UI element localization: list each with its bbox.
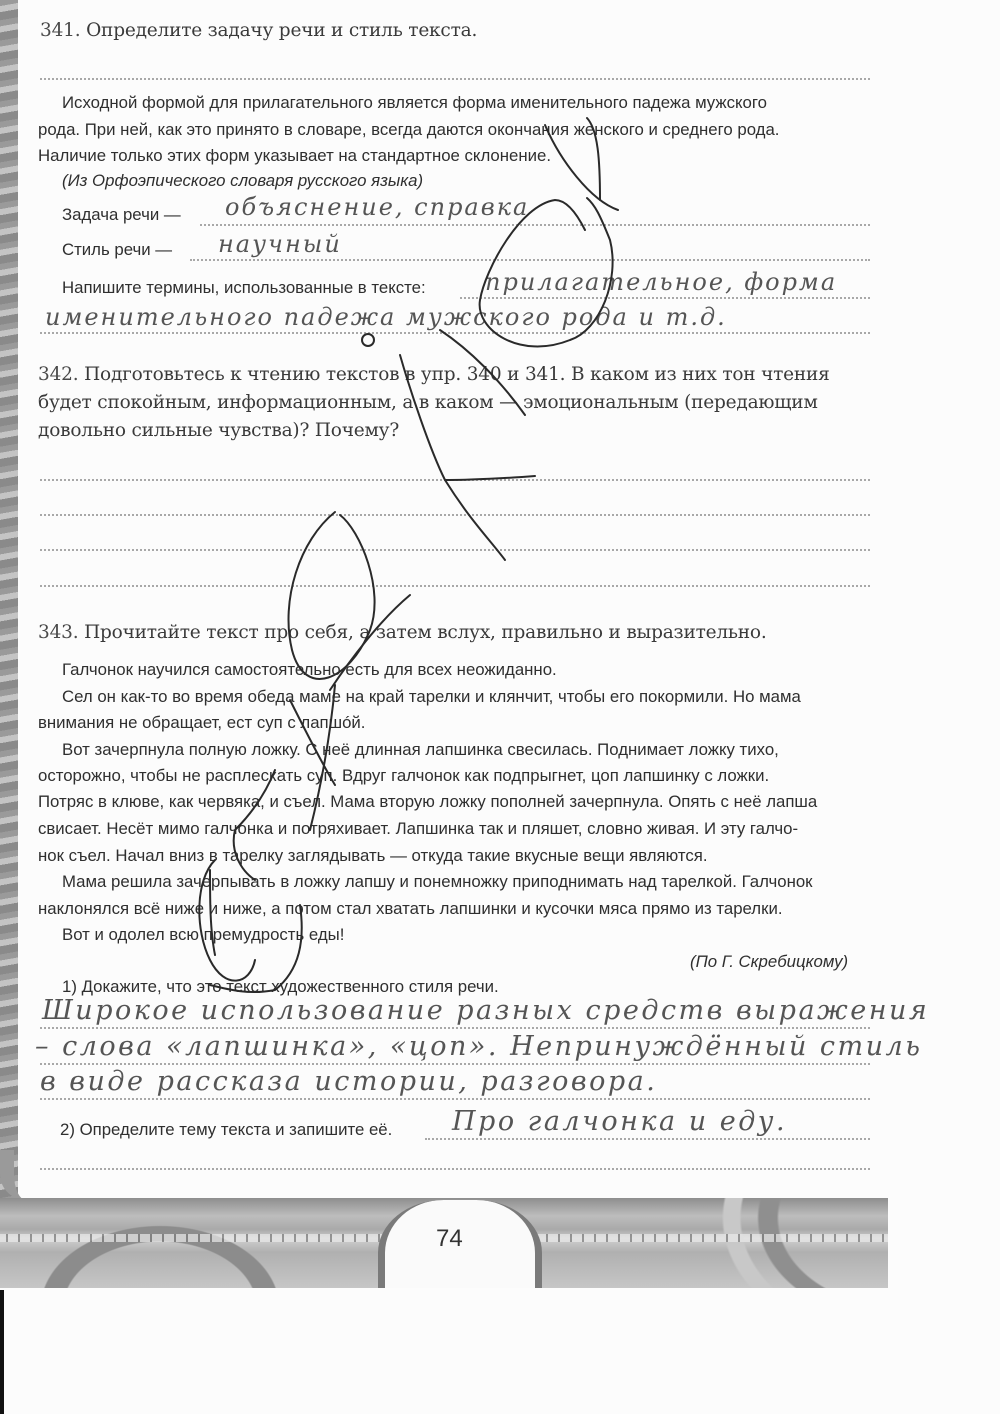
paragraph-line: рода. При ней, как это принято в словаре… xyxy=(38,120,779,140)
task-prompt-line: будет спокойным, информационным, а в как… xyxy=(38,392,818,413)
answer-line[interactable] xyxy=(40,1098,870,1100)
page-number: 74 xyxy=(436,1225,463,1253)
terms-answer-line2: именительного падежа мужского рода и т.д… xyxy=(45,303,727,331)
story-line: осторожно, чтобы не расплескать суп. Вдр… xyxy=(38,766,769,786)
source-citation: (Из Орфоэпического словаря русского язык… xyxy=(62,171,423,191)
story-line: Сел он как-то во время обеда маме на кра… xyxy=(62,687,801,707)
story-line: нок съел. Начал вниз в тарелку заглядыва… xyxy=(38,846,708,866)
answer-line[interactable] xyxy=(40,78,870,80)
speech-style-field[interactable] xyxy=(190,259,870,261)
source-citation: (По Г. Скребицкому) xyxy=(690,952,848,972)
task-342-heading: 342. Подготовьтесь к чтению текстов в уп… xyxy=(38,364,830,385)
question-2: 2) Определите тему текста и запишите её. xyxy=(60,1120,392,1140)
answer-1-line: Широкое использование разных средств выр… xyxy=(42,995,929,1026)
task-prompt-line: довольно сильные чувства)? Почему? xyxy=(38,420,399,441)
task-prompt: Прочитайте текст про себя, а затем вслух… xyxy=(84,622,766,643)
answer-line[interactable] xyxy=(40,585,870,587)
terms-field[interactable] xyxy=(460,297,870,299)
story-line: Галчонок научился самостоятельно есть дл… xyxy=(62,660,557,680)
answer-line[interactable] xyxy=(40,1063,870,1065)
speech-style-answer: научный xyxy=(218,230,342,258)
terms-field-line2[interactable] xyxy=(40,332,870,334)
page-binding-edge xyxy=(0,0,18,1200)
terms-answer-line1: прилагательное, форма xyxy=(485,268,837,296)
answer-line[interactable] xyxy=(425,1138,870,1140)
story-line: Вот зачерпнула полную ложку. С неё длинн… xyxy=(62,740,779,760)
answer-line[interactable] xyxy=(40,479,870,481)
speech-style-label: Стиль речи — xyxy=(62,240,172,260)
paragraph-line: Наличие только этих форм указывает на ст… xyxy=(38,146,551,166)
answer-1-line: – слова «лапшинка», «цоп». Непринуждённы… xyxy=(35,1031,922,1062)
task-prompt: Определите задачу речи и стиль текста. xyxy=(86,20,477,41)
story-line: Потряс в клюве, как червяка, и съел. Мам… xyxy=(38,792,817,812)
terms-label: Напишите термины, использованные в текст… xyxy=(62,278,426,298)
story-line: внимания не обращает, ест суп с лапшóй. xyxy=(38,713,365,733)
task-343-heading: 343. Прочитайте текст про себя, а затем … xyxy=(38,622,767,643)
speech-task-label: Задача речи — xyxy=(62,205,181,225)
paragraph-line: Исходной формой для прилагательного явля… xyxy=(62,93,767,113)
speech-task-answer: объяснение, справка xyxy=(225,193,529,221)
story-line: Мама решила зачерпывать в ложку лапшу и … xyxy=(62,872,813,892)
task-number: 343. xyxy=(38,622,78,643)
answer-line[interactable] xyxy=(40,1168,870,1170)
answer-line[interactable] xyxy=(40,549,870,551)
task-number: 342. xyxy=(38,364,78,385)
question-1: 1) Докажите, что это текст художественно… xyxy=(62,977,499,997)
scan-edge xyxy=(0,1290,4,1414)
story-line: Вот и одолел всю премудрость еды! xyxy=(62,925,344,945)
task-prompt: Подготовьтесь к чтению текстов в упр. 34… xyxy=(84,364,830,385)
task-341-heading: 341. Определите задачу речи и стиль текс… xyxy=(40,20,477,41)
answer-1-line: в виде рассказа истории, разговора. xyxy=(40,1066,657,1097)
speech-task-field[interactable] xyxy=(200,224,870,226)
task-number: 341. xyxy=(40,20,80,41)
story-line: наклонялся всё ниже и ниже, а потом стал… xyxy=(38,899,782,919)
answer-line[interactable] xyxy=(40,514,870,516)
answer-line[interactable] xyxy=(40,1027,870,1029)
story-line: свисает. Несёт мимо галчонка и потряхива… xyxy=(38,819,798,839)
answer-2: Про галчонка и еду. xyxy=(452,1106,787,1137)
